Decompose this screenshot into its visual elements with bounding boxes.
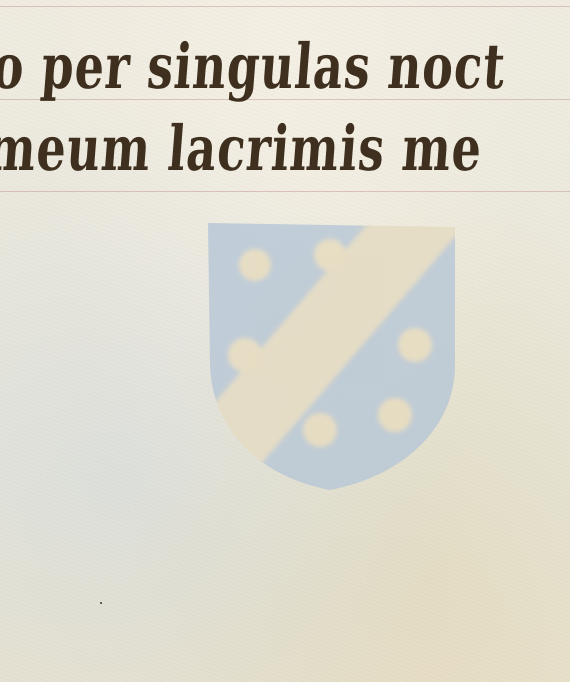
ruling-line	[0, 191, 570, 192]
ruling-line	[0, 6, 570, 7]
text-line-1: o per singulas noct	[0, 30, 508, 103]
ink-speck	[100, 602, 102, 604]
manuscript-page: o per singulas noct meum lacrimis me	[0, 0, 570, 682]
heraldic-shield-icon	[200, 215, 465, 495]
text-line-2: meum lacrimis me	[0, 112, 485, 185]
